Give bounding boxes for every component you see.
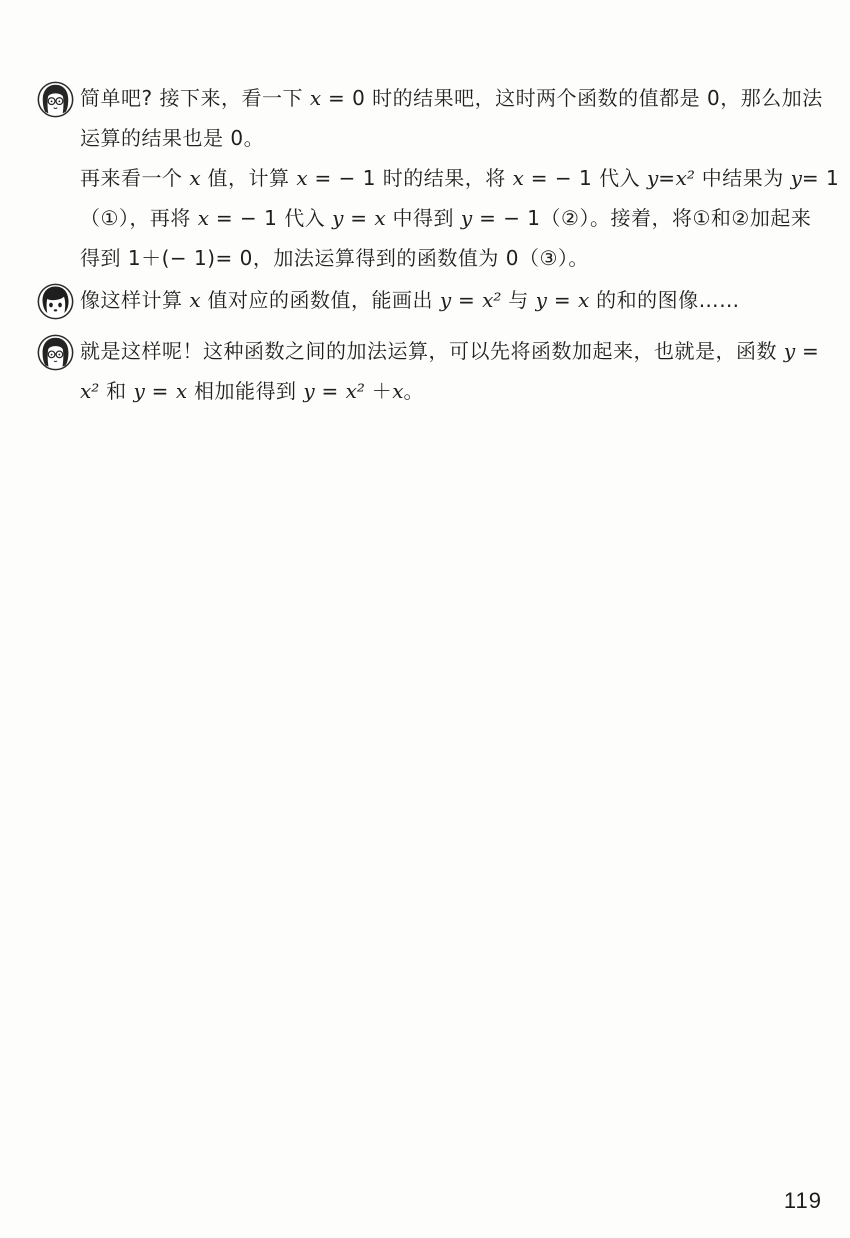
dialogue-line: （①），再将 x = − 1 代入 y = x 中得到 y = − 1（②）。接…	[80, 198, 777, 238]
dialogue-line: 得到 1＋(− 1)= 0，加法运算得到的函数值为 0（③）。	[80, 238, 777, 278]
book-page: 简单吧? 接下来，看一下 x = 0 时的结果吧，这时两个函数的值都是 0，那么…	[0, 0, 850, 1238]
girl-bob-avatar-icon	[37, 283, 74, 320]
dialogue-entry-2: 像这样计算 x 值对应的函数值，能画出 y = x² 与 y = x 的和的图像…	[37, 280, 777, 320]
dialogue-text-3: 就是这样呢！这种函数之间的加法运算，可以先将函数加起来，也就是，函数 y = x…	[80, 331, 777, 411]
dialogue-line: 再来看一个 x 值，计算 x = − 1 时的结果，将 x = − 1 代入 y…	[80, 158, 777, 198]
dialogue-line: 像这样计算 x 值对应的函数值，能画出 y = x² 与 y = x 的和的图像…	[80, 280, 777, 320]
dialogue-line: x² 和 y = x 相加能得到 y = x² ＋x。	[80, 371, 777, 411]
woman-glasses-avatar-icon	[37, 81, 74, 118]
dialogue-line: 运算的结果也是 0。	[80, 118, 777, 158]
girl-glasses-avatar-icon	[37, 334, 74, 371]
dialogue-line: 简单吧? 接下来，看一下 x = 0 时的结果吧，这时两个函数的值都是 0，那么…	[80, 78, 777, 118]
dialogue-text-1: 简单吧? 接下来，看一下 x = 0 时的结果吧，这时两个函数的值都是 0，那么…	[80, 78, 777, 278]
page-number: 119	[784, 1188, 822, 1214]
dialogue-entry-1: 简单吧? 接下来，看一下 x = 0 时的结果吧，这时两个函数的值都是 0，那么…	[37, 78, 777, 278]
dialogue-text-2: 像这样计算 x 值对应的函数值，能画出 y = x² 与 y = x 的和的图像…	[80, 280, 777, 320]
dialogue-entry-3: 就是这样呢！这种函数之间的加法运算，可以先将函数加起来，也就是，函数 y = x…	[37, 331, 777, 411]
dialogue-line: 就是这样呢！这种函数之间的加法运算，可以先将函数加起来，也就是，函数 y =	[80, 331, 777, 371]
